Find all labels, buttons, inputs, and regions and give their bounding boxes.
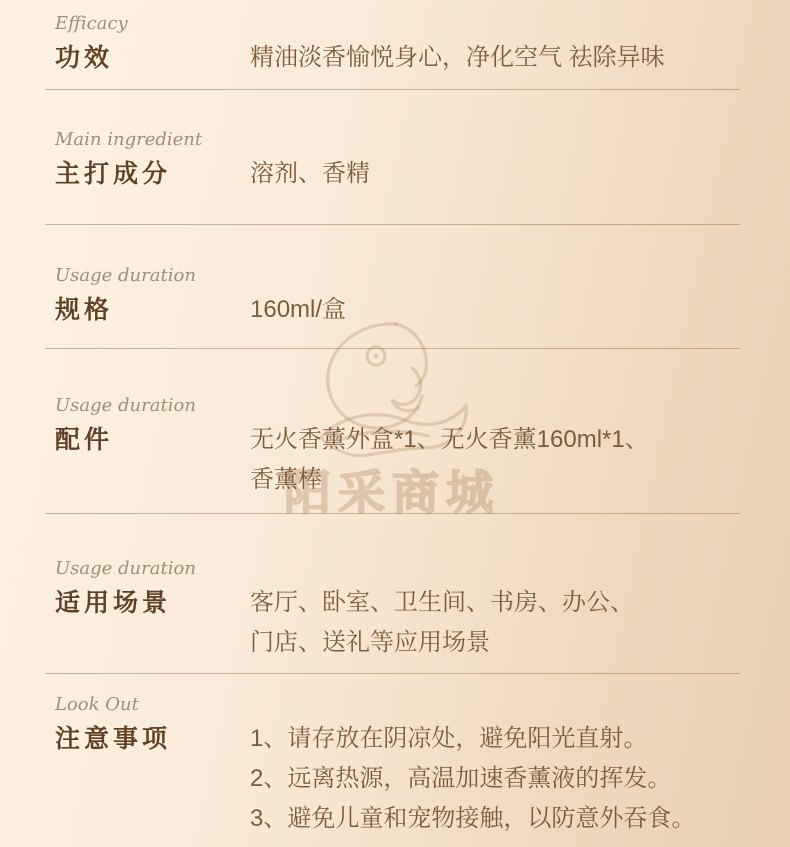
value-line: 精油淡香愉悦身心，净化空气 祛除异味	[250, 38, 665, 78]
value-line: 160ml/盒	[250, 290, 346, 330]
section-label-cn: 适用场景	[55, 583, 171, 623]
row-divider	[45, 224, 740, 225]
section-value: 无火香薰外盒*1、无火香薰160ml*1、 香薰棒	[250, 420, 649, 500]
section-label-cn: 配件	[55, 420, 113, 460]
value-line: 2、远离热源，高温加速香薰液的挥发。	[250, 759, 695, 799]
value-line: 门店、送礼等应用场景	[250, 623, 634, 663]
product-spec-panel: 阳采商城 Efficacy 功效 精油淡香愉悦身心，净化空气 祛除异味 Main…	[0, 0, 790, 847]
section-label-cn: 功效	[55, 38, 113, 78]
section-value: 客厅、卧室、卫生间、书房、办公、 门店、送礼等应用场景	[250, 583, 634, 663]
section-label-en: Usage duration	[55, 394, 745, 418]
section-value: 160ml/盒	[250, 290, 346, 330]
section-label-en: Efficacy	[55, 12, 745, 36]
value-line: 1、请存放在阴凉处，避免阳光直射。	[250, 719, 695, 759]
section-value: 溶剂、香精	[250, 154, 370, 194]
row-divider	[45, 89, 740, 90]
value-line: 3、避免儿童和宠物接触，以防意外吞食。	[250, 799, 695, 839]
spec-section-ingredient: Main ingredient 主打成分 溶剂、香精	[55, 128, 745, 152]
value-line: 客厅、卧室、卫生间、书房、办公、	[250, 583, 634, 623]
section-label-en: Usage duration	[55, 557, 745, 581]
row-divider	[45, 673, 740, 674]
value-line: 香薰棒	[250, 460, 649, 500]
section-label-en: Look Out	[55, 693, 745, 717]
row-divider	[45, 513, 740, 514]
section-value: 1、请存放在阴凉处，避免阳光直射。 2、远离热源，高温加速香薰液的挥发。 3、避…	[250, 719, 695, 839]
spec-section-efficacy: Efficacy 功效 精油淡香愉悦身心，净化空气 祛除异味	[55, 12, 745, 36]
value-line: 无火香薰外盒*1、无火香薰160ml*1、	[250, 420, 649, 460]
value-line: 溶剂、香精	[250, 154, 370, 194]
spec-section-cautions: Look Out 注意事项 1、请存放在阴凉处，避免阳光直射。 2、远离热源，高…	[55, 693, 745, 717]
section-label-cn: 规格	[55, 290, 113, 330]
spec-section-scenes: Usage duration 适用场景 客厅、卧室、卫生间、书房、办公、 门店、…	[55, 557, 745, 581]
spec-section-accessories: Usage duration 配件 无火香薰外盒*1、无火香薰160ml*1、 …	[55, 394, 745, 418]
section-label-cn: 注意事项	[55, 719, 171, 759]
section-label-cn: 主打成分	[55, 154, 171, 194]
section-label-en: Usage duration	[55, 264, 745, 288]
section-value: 精油淡香愉悦身心，净化空气 祛除异味	[250, 38, 665, 78]
spec-section-spec: Usage duration 规格 160ml/盒	[55, 264, 745, 288]
row-divider	[45, 348, 740, 349]
section-label-en: Main ingredient	[55, 128, 745, 152]
